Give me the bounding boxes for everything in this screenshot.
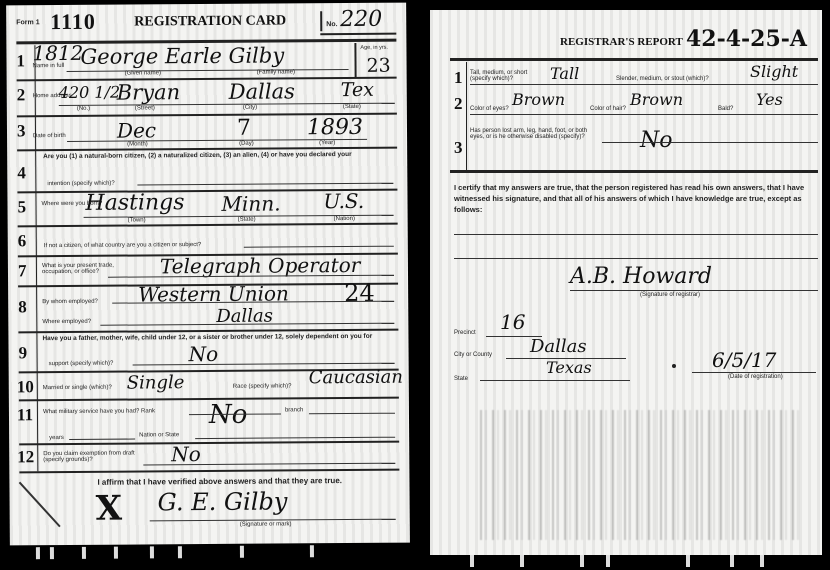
underline — [454, 258, 818, 259]
field-label: Color of eyes? — [470, 106, 509, 112]
name-value: George Earle Gilby — [80, 43, 284, 68]
dependents-value: No — [188, 342, 218, 366]
state-value: Texas — [546, 358, 592, 377]
age-value: 23 — [366, 55, 390, 77]
sub-label: (State) — [238, 217, 256, 223]
address-city: Dallas — [229, 79, 295, 103]
divider — [354, 43, 356, 77]
date-label: (Date of registration) — [728, 374, 783, 380]
field-label: Do you claim exemption from draft (speci… — [43, 450, 143, 463]
build-value: Slight — [750, 62, 798, 81]
row-number: 1 — [16, 51, 25, 71]
margin-note: 24 — [344, 279, 375, 307]
underline — [470, 114, 818, 115]
sub-label: (Day) — [239, 141, 254, 147]
mark: X — [95, 489, 122, 529]
field-label: Has person lost arm, leg, hand, foot, or… — [470, 128, 600, 140]
city-value: Dallas — [530, 336, 587, 357]
sub-label: (Town) — [128, 217, 146, 223]
row-number: 8 — [18, 297, 27, 317]
registrars-report-card: REGISTRAR'S REPORT 42-4-25-A 1 Tall, med… — [430, 10, 822, 555]
form-label: Form 1 — [16, 19, 39, 26]
row-number: 3 — [17, 121, 26, 141]
field-label: By whom employed? — [42, 299, 98, 305]
underline — [454, 234, 818, 235]
row-number: 9 — [18, 343, 27, 363]
field-label: intention (specify which)? — [47, 181, 114, 187]
sub-label: (State) — [343, 104, 361, 110]
row-number: 1 — [454, 68, 463, 88]
height-value: Tall — [550, 64, 579, 83]
row-number: 2 — [17, 85, 26, 105]
scan-artifact — [480, 410, 800, 540]
birth-year: 1893 — [307, 115, 363, 140]
underline — [480, 380, 630, 381]
divider — [450, 170, 818, 173]
registrar-label: (Signature of registrar) — [640, 292, 700, 298]
certify-text: I certify that my answers are true, that… — [454, 182, 814, 215]
field-label: Nation or State — [139, 432, 179, 438]
underline — [602, 142, 818, 143]
sub-label: (Family name) — [257, 69, 295, 75]
city-label: City or County — [454, 352, 492, 358]
field-label: support (specify which)? — [49, 361, 114, 367]
card-title: REGISTRATION CARD — [134, 13, 286, 30]
sub-label: (Given name) — [125, 70, 161, 76]
field-label: Tall, medium, or short (specify which)? — [470, 70, 530, 82]
row-number: 11 — [17, 405, 33, 425]
divider — [450, 58, 818, 61]
row-number: 5 — [17, 197, 26, 217]
divider — [320, 11, 322, 31]
exemption-value: No — [171, 442, 201, 466]
field-label: Where employed? — [42, 319, 91, 325]
disability-value: No — [640, 128, 673, 153]
row-number: 7 — [18, 261, 27, 281]
row-number: 10 — [17, 377, 34, 397]
field-label: What is your present trade, occupation, … — [42, 263, 122, 276]
birth-day: 7 — [237, 116, 251, 141]
address-number: 420 1/2 — [59, 83, 121, 102]
underline — [692, 372, 816, 373]
no-label: No. — [326, 21, 337, 28]
field-label: Bald? — [718, 106, 733, 112]
field-label: Date of birth — [33, 133, 66, 139]
race-value: Caucasian — [309, 367, 403, 389]
birth-state: Minn. — [221, 191, 280, 215]
field-label: If not a citizen, of what country are yo… — [44, 242, 201, 249]
row-number: 4 — [17, 163, 26, 183]
sub-label: (Year) — [319, 140, 335, 146]
address-street: Bryan — [117, 80, 181, 104]
sub-label: (No.) — [77, 106, 90, 112]
state-label: State — [454, 376, 468, 382]
signature-label: (Signature or mark) — [240, 521, 292, 527]
field-label: Race (specify which)? — [233, 383, 292, 389]
precinct-label: Precinct — [454, 330, 476, 336]
registration-date: 6/5/17 — [712, 348, 776, 372]
report-title: REGISTRAR'S REPORT — [560, 36, 683, 48]
row-number: 12 — [17, 447, 34, 467]
field-label: Slender, medium, or stout (which)? — [616, 76, 709, 82]
underline — [470, 84, 818, 85]
birth-town: Hastings — [85, 190, 184, 216]
field-label: What military service have you had? Rank — [43, 408, 155, 415]
row-number: 3 — [454, 138, 463, 158]
eye-color-value: Brown — [512, 90, 565, 109]
age-label: Age, in yrs. — [360, 45, 388, 51]
card-number: 220 — [340, 7, 382, 32]
field-label: Married or single (which)? — [43, 385, 112, 391]
precinct-value: 16 — [500, 310, 525, 334]
signature: G. E. Gilby — [157, 487, 287, 516]
serial-number: 1812 — [32, 41, 83, 65]
field-label: Color of hair? — [590, 106, 626, 112]
divider — [466, 62, 467, 172]
row-number: 6 — [18, 231, 27, 251]
registrar-signature: A.B. Howard — [570, 264, 712, 289]
film-edge — [430, 553, 822, 570]
row-number: 2 — [454, 94, 463, 114]
sub-label: (City) — [243, 105, 257, 111]
sub-label: (Street) — [135, 105, 155, 111]
report-number: 42-4-25-A — [686, 26, 807, 52]
birth-nation: U.S. — [323, 189, 364, 213]
dot — [672, 364, 676, 368]
form-number: 1110 — [50, 9, 96, 35]
affirm-text: I affirm that I have verified above answ… — [97, 475, 342, 488]
registration-card: Form 1 1110 REGISTRATION CARD No. 220 1 … — [6, 3, 410, 546]
birth-month: Dec — [117, 118, 156, 142]
field-label: branch — [285, 407, 303, 413]
field-label: Name in full — [33, 63, 65, 69]
bald-value: Yes — [756, 90, 783, 109]
address-state: Tex — [341, 79, 374, 101]
sub-label: (Nation) — [334, 216, 355, 222]
underline — [570, 290, 818, 291]
hair-color-value: Brown — [630, 90, 683, 109]
marital-value: Single — [127, 372, 185, 393]
field-label: years — [49, 435, 64, 441]
sub-label: (Month) — [127, 141, 148, 147]
film-edge — [10, 543, 410, 564]
